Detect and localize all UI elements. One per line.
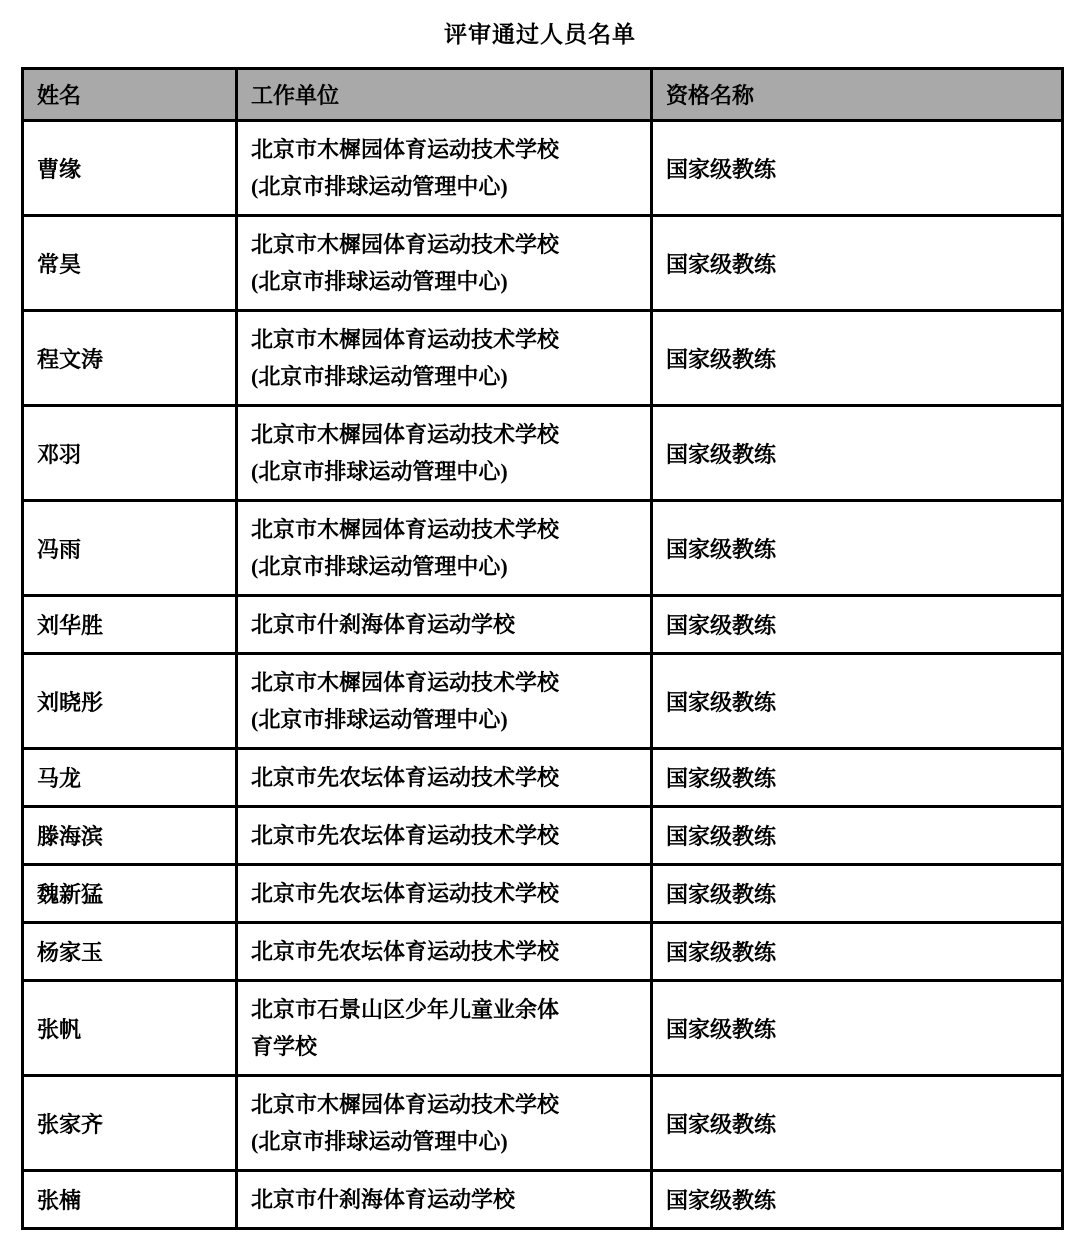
cell-name: 冯雨 xyxy=(23,501,237,596)
cell-unit: 北京市先农坛体育运动技术学校 xyxy=(237,749,652,807)
cell-qualification: 国家级教练 xyxy=(652,865,1063,923)
table-row: 张楠北京市什刹海体育运动学校国家级教练 xyxy=(23,1171,1063,1229)
cell-unit: 北京市先农坛体育运动技术学校 xyxy=(237,923,652,981)
cell-unit: 北京市石景山区少年儿童业余体 育学校 xyxy=(237,981,652,1076)
table-row: 杨家玉北京市先农坛体育运动技术学校国家级教练 xyxy=(23,923,1063,981)
cell-name: 张帆 xyxy=(23,981,237,1076)
cell-unit: 北京市木樨园体育运动技术学校 (北京市排球运动管理中心) xyxy=(237,121,652,216)
table-row: 邓羽北京市木樨园体育运动技术学校 (北京市排球运动管理中心)国家级教练 xyxy=(23,406,1063,501)
cell-name: 刘华胜 xyxy=(23,596,237,654)
table-row: 常昊北京市木樨园体育运动技术学校 (北京市排球运动管理中心)国家级教练 xyxy=(23,216,1063,311)
cell-qualification: 国家级教练 xyxy=(652,1076,1063,1171)
cell-name: 刘晓彤 xyxy=(23,654,237,749)
cell-unit: 北京市先农坛体育运动技术学校 xyxy=(237,865,652,923)
column-header-qualification: 资格名称 xyxy=(652,69,1063,121)
cell-unit: 北京市木樨园体育运动技术学校 (北京市排球运动管理中心) xyxy=(237,654,652,749)
cell-qualification: 国家级教练 xyxy=(652,1171,1063,1229)
table-row: 张帆北京市石景山区少年儿童业余体 育学校国家级教练 xyxy=(23,981,1063,1076)
table-body: 曹缘北京市木樨园体育运动技术学校 (北京市排球运动管理中心)国家级教练常昊北京市… xyxy=(23,121,1063,1229)
cell-unit: 北京市木樨园体育运动技术学校 (北京市排球运动管理中心) xyxy=(237,501,652,596)
cell-qualification: 国家级教练 xyxy=(652,749,1063,807)
page-title: 评审通过人员名单 xyxy=(0,0,1080,67)
table-row: 冯雨北京市木樨园体育运动技术学校 (北京市排球运动管理中心)国家级教练 xyxy=(23,501,1063,596)
cell-qualification: 国家级教练 xyxy=(652,121,1063,216)
cell-name: 程文涛 xyxy=(23,311,237,406)
cell-unit: 北京市先农坛体育运动技术学校 xyxy=(237,807,652,865)
table-row: 魏新猛北京市先农坛体育运动技术学校国家级教练 xyxy=(23,865,1063,923)
cell-unit: 北京市木樨园体育运动技术学校 (北京市排球运动管理中心) xyxy=(237,311,652,406)
table-row: 滕海滨北京市先农坛体育运动技术学校国家级教练 xyxy=(23,807,1063,865)
table-row: 程文涛北京市木樨园体育运动技术学校 (北京市排球运动管理中心)国家级教练 xyxy=(23,311,1063,406)
cell-name: 张家齐 xyxy=(23,1076,237,1171)
document-page: 评审通过人员名单 姓名 工作单位 资格名称 曹缘北京市木樨园体育运动技术学校 (… xyxy=(0,0,1080,1239)
cell-name: 张楠 xyxy=(23,1171,237,1229)
cell-unit: 北京市木樨园体育运动技术学校 (北京市排球运动管理中心) xyxy=(237,1076,652,1171)
cell-name: 杨家玉 xyxy=(23,923,237,981)
cell-qualification: 国家级教练 xyxy=(652,981,1063,1076)
cell-qualification: 国家级教练 xyxy=(652,596,1063,654)
cell-qualification: 国家级教练 xyxy=(652,654,1063,749)
cell-name: 曹缘 xyxy=(23,121,237,216)
table-row: 刘华胜北京市什刹海体育运动学校国家级教练 xyxy=(23,596,1063,654)
cell-unit: 北京市木樨园体育运动技术学校 (北京市排球运动管理中心) xyxy=(237,406,652,501)
cell-qualification: 国家级教练 xyxy=(652,406,1063,501)
table-header-row: 姓名 工作单位 资格名称 xyxy=(23,69,1063,121)
table-row: 马龙北京市先农坛体育运动技术学校国家级教练 xyxy=(23,749,1063,807)
cell-name: 邓羽 xyxy=(23,406,237,501)
table-row: 曹缘北京市木樨园体育运动技术学校 (北京市排球运动管理中心)国家级教练 xyxy=(23,121,1063,216)
cell-name: 常昊 xyxy=(23,216,237,311)
table-row: 刘晓彤北京市木樨园体育运动技术学校 (北京市排球运动管理中心)国家级教练 xyxy=(23,654,1063,749)
table-row: 张家齐北京市木樨园体育运动技术学校 (北京市排球运动管理中心)国家级教练 xyxy=(23,1076,1063,1171)
cell-qualification: 国家级教练 xyxy=(652,501,1063,596)
cell-qualification: 国家级教练 xyxy=(652,807,1063,865)
cell-qualification: 国家级教练 xyxy=(652,311,1063,406)
cell-unit: 北京市什刹海体育运动学校 xyxy=(237,1171,652,1229)
column-header-unit: 工作单位 xyxy=(237,69,652,121)
cell-qualification: 国家级教练 xyxy=(652,216,1063,311)
column-header-name: 姓名 xyxy=(23,69,237,121)
review-pass-table: 姓名 工作单位 资格名称 曹缘北京市木樨园体育运动技术学校 (北京市排球运动管理… xyxy=(21,67,1064,1230)
cell-name: 滕海滨 xyxy=(23,807,237,865)
cell-name: 马龙 xyxy=(23,749,237,807)
cell-unit: 北京市什刹海体育运动学校 xyxy=(237,596,652,654)
cell-unit: 北京市木樨园体育运动技术学校 (北京市排球运动管理中心) xyxy=(237,216,652,311)
cell-name: 魏新猛 xyxy=(23,865,237,923)
cell-qualification: 国家级教练 xyxy=(652,923,1063,981)
